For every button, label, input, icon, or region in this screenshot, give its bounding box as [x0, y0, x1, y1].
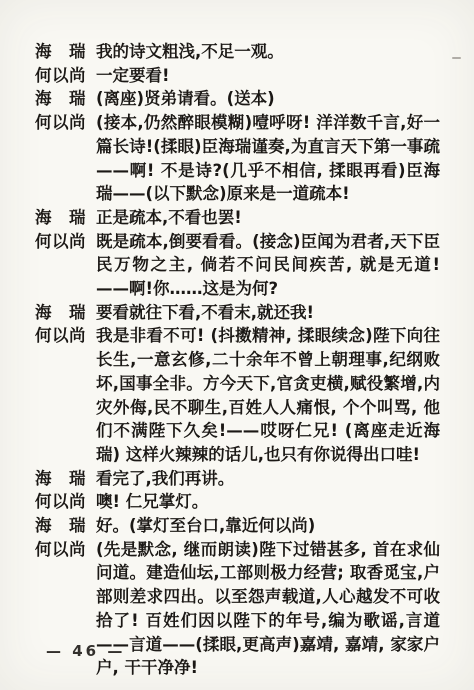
speaker-label: 海 瑞 — [35, 467, 87, 491]
dialogue-entry: 何以尚 既是疏本,倒要看看。(接念)臣闻为君者,天下臣民万物之主, 倘若不问民间… — [35, 230, 440, 301]
dialogue-text: 我的诗文粗浅,不足一观。 — [87, 40, 440, 64]
dialogue-text: (接本,仍然醉眼模糊)噎呼呀! 洋洋数千言,好一篇长诗!(揉眼)臣海瑞谨奏,为直… — [87, 111, 440, 206]
scanned-book-page: 海 瑞 我的诗文粗浅,不足一观。 何以尚 一定要看! 海 瑞 (离座)贤弟请看。… — [0, 0, 474, 690]
speaker-label: 何以尚 — [35, 490, 87, 514]
scan-speck — [452, 57, 461, 59]
dialogue-text: 正是疏本,不看也罢! — [87, 206, 440, 230]
speaker-label: 何以尚 — [35, 230, 87, 254]
dialogue-entry: 何以尚 噢! 仁兄掌灯。 — [35, 490, 440, 514]
speaker-label: 何以尚 — [35, 538, 87, 562]
dialogue-text: 好。(掌灯至台口,靠近何以尚) — [87, 514, 440, 538]
dialogue-block: 海 瑞 我的诗文粗浅,不足一观。 何以尚 一定要看! 海 瑞 (离座)贤弟请看。… — [35, 40, 440, 680]
speaker-label: 海 瑞 — [35, 87, 87, 111]
dialogue-text: (先是默念, 继而朗读)陛下过错甚多, 首在求仙问道。建造仙坛,工部则极力经营;… — [87, 538, 440, 680]
dialogue-entry: 何以尚 (接本,仍然醉眼模糊)噎呼呀! 洋洋数千言,好一篇长诗!(揉眼)臣海瑞谨… — [35, 111, 440, 206]
dialogue-text: 一定要看! — [87, 64, 440, 88]
speaker-label: 何以尚 — [35, 64, 87, 88]
speaker-label: 海 瑞 — [35, 301, 87, 325]
dialogue-text: 我是非看不可! (抖擞精神, 揉眼续念)陛下向往长生,一意玄修,二十余年不曾上朝… — [87, 324, 440, 466]
scan-speck — [409, 431, 412, 434]
dialogue-text: 既是疏本,倒要看看。(接念)臣闻为君者,天下臣民万物之主, 倘若不问民间疾苦, … — [87, 230, 440, 301]
dialogue-text: (离座)贤弟请看。(送本) — [87, 87, 440, 111]
dialogue-text: 要看就往下看,不看末,就还我! — [87, 301, 440, 325]
dialogue-entry: 海 瑞 (离座)贤弟请看。(送本) — [35, 87, 440, 111]
dialogue-entry: 海 瑞 要看就往下看,不看末,就还我! — [35, 301, 440, 325]
speaker-label: 海 瑞 — [35, 40, 87, 64]
dialogue-entry: 海 瑞 正是疏本,不看也罢! — [35, 206, 440, 230]
dialogue-entry: 海 瑞 好。(掌灯至台口,靠近何以尚) — [35, 514, 440, 538]
dialogue-entry: 海 瑞 我的诗文粗浅,不足一观。 — [35, 40, 440, 64]
dialogue-entry: 何以尚 我是非看不可! (抖擞精神, 揉眼续念)陛下向往长生,一意玄修,二十余年… — [35, 324, 440, 466]
dialogue-text: 看完了,我们再讲。 — [87, 467, 440, 491]
page-number: — 46 — — [46, 642, 125, 660]
dialogue-text: 噢! 仁兄掌灯。 — [87, 490, 440, 514]
speaker-label: 何以尚 — [35, 324, 87, 348]
speaker-label: 海 瑞 — [35, 514, 87, 538]
dialogue-entry: 何以尚 一定要看! — [35, 64, 440, 88]
dialogue-entry: 海 瑞 看完了,我们再讲。 — [35, 467, 440, 491]
speaker-label: 海 瑞 — [35, 206, 87, 230]
speaker-label: 何以尚 — [35, 111, 87, 135]
